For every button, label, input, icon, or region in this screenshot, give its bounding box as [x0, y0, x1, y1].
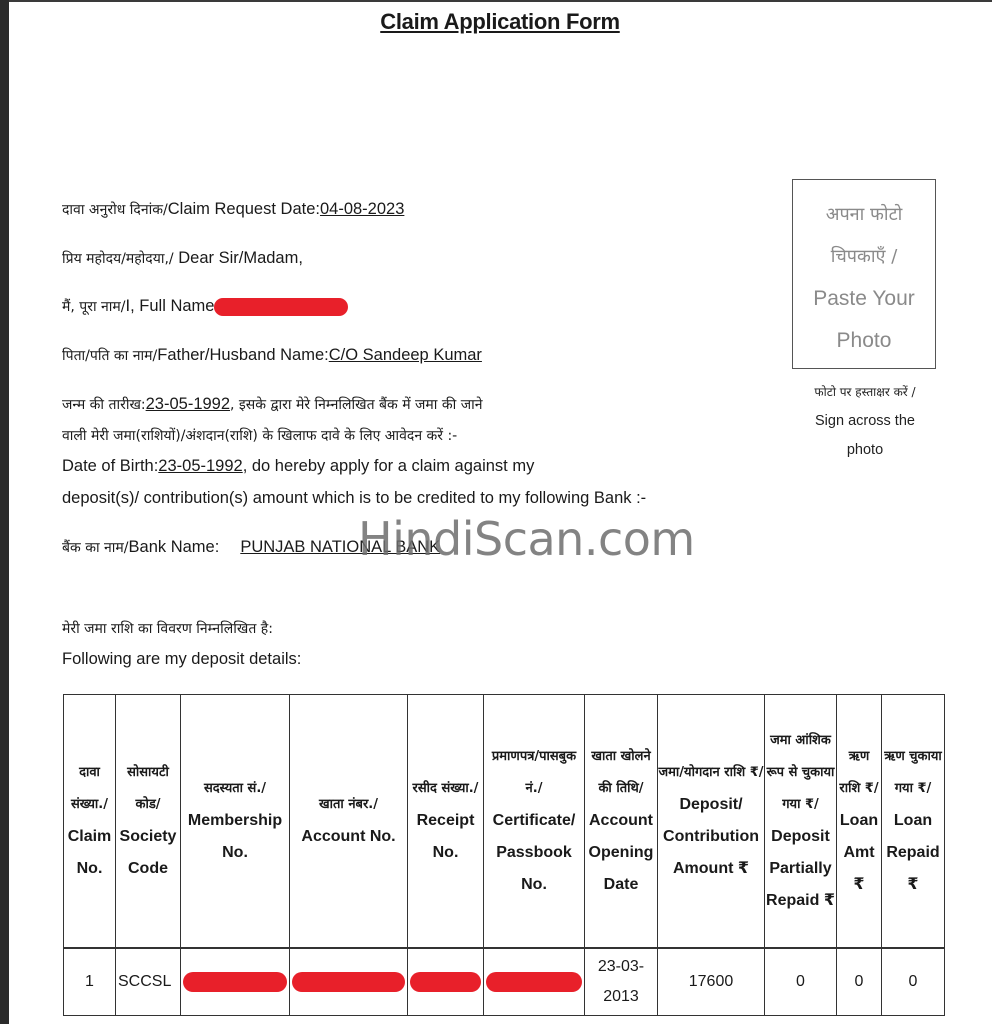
cell-society-code: SCCSL	[116, 948, 181, 1016]
photo-caption-en-2: photo	[780, 436, 950, 465]
column-header-en: Loan Repaid ₹	[882, 805, 944, 901]
column-header-hi: खाता खोलने की तिथि/	[585, 741, 657, 805]
full-name-line: मैं, पूरा नाम/I, Full Name	[62, 297, 348, 316]
photo-box-hi-1: अपना फोटो	[793, 194, 935, 236]
column-header-6: खाता खोलने की तिथि/Account Opening Date	[585, 695, 658, 949]
viewer-left-border	[0, 0, 9, 1024]
column-header-hi: सोसायटी कोड/	[116, 757, 180, 821]
receipt-redaction	[410, 972, 481, 992]
certificate-redaction	[486, 972, 582, 992]
viewer-top-border	[0, 0, 992, 2]
claim-date-value: 04-08-2023	[320, 200, 404, 218]
cell-membership-no	[181, 948, 290, 1016]
table-row: 1 SCCSL 23-03-2013 17600 0 0 0	[64, 948, 945, 1016]
salutation-en: Dear Sir/Madam,	[174, 249, 303, 267]
bank-label-en: Bank Name:	[129, 538, 220, 556]
photo-box-hi-2: चिपकाएँ /	[793, 236, 935, 278]
dob-label-en: Date of Birth:	[62, 457, 158, 475]
opening-date-text: 23-03-2013	[598, 958, 644, 1005]
column-header-en: Claim No.	[64, 821, 115, 885]
dob-statement-hi-2: वाली मेरी जमा(राशियों)/अंशदान(राशि) के ख…	[62, 428, 457, 444]
deposit-intro-en: Following are my deposit details:	[62, 650, 301, 669]
dob-line-en-2: deposit(s)/ contribution(s) amount which…	[62, 489, 646, 508]
column-header-8: जमा आंशिक रूप से चुकाया गया ₹/Deposit Pa…	[765, 695, 837, 949]
photo-box-en-1: Paste Your	[793, 278, 935, 320]
column-header-hi: ऋण राशि ₹/	[837, 741, 881, 805]
claim-date-label-hi: दावा अनुरोध दिनांक/	[62, 202, 168, 218]
dob-label-hi: जन्म की तारीख:	[62, 397, 146, 413]
column-header-hi: खाता नंबर./	[290, 789, 407, 821]
cell-certificate-no	[484, 948, 585, 1016]
column-header-hi: ऋण चुकाया गया ₹/	[882, 741, 944, 805]
father-name-label-hi: पिता/पति का नाम/	[62, 348, 157, 364]
watermark: HindiScan.com	[358, 512, 695, 566]
column-header-en: Account Opening Date	[585, 805, 657, 901]
column-header-3: खाता नंबर./Account No.	[290, 695, 408, 949]
claim-request-date-line: दावा अनुरोध दिनांक/Claim Request Date:04…	[62, 200, 404, 219]
deposit-intro-en-text: Following are my deposit details:	[62, 650, 301, 668]
table-header-row: दावा संख्या./Claim No.सोसायटी कोड/Societ…	[64, 695, 945, 949]
column-header-en: Receipt No.	[408, 805, 483, 869]
dob-line-en-1: Date of Birth:23-05-1992, do hereby appl…	[62, 457, 534, 476]
cell-deposit-amount: 17600	[658, 948, 765, 1016]
cell-opening-date: 23-03-2013	[585, 948, 658, 1016]
cell-loan-repaid: 0	[882, 948, 945, 1016]
cell-receipt-no	[408, 948, 484, 1016]
column-header-en: Account No.	[290, 821, 407, 853]
column-header-0: दावा संख्या./Claim No.	[64, 695, 116, 949]
full-name-label-hi: मैं, पूरा नाम/	[62, 299, 126, 315]
column-header-5: प्रमाणपत्र/पासबुक नं./Certificate/ Passb…	[484, 695, 585, 949]
father-name-value: C/O Sandeep Kumar	[329, 346, 482, 364]
column-header-4: रसीद संख्या./Receipt No.	[408, 695, 484, 949]
full-name-redaction	[214, 298, 348, 316]
cell-claim-no: 1	[64, 948, 116, 1016]
column-header-10: ऋण चुकाया गया ₹/Loan Repaid ₹	[882, 695, 945, 949]
cell-partially-repaid: 0	[765, 948, 837, 1016]
form-title: Claim Application Form	[0, 9, 992, 35]
photo-box-en-2: Photo	[793, 320, 935, 362]
column-header-hi: सदस्यता सं./	[181, 773, 289, 805]
full-name-label-en: I, Full Name	[126, 297, 215, 315]
deposit-details-table: दावा संख्या./Claim No.सोसायटी कोड/Societ…	[63, 694, 945, 1016]
column-header-hi: दावा संख्या./	[64, 757, 115, 821]
photo-caption-hi: फोटो पर हस्ताक्षर करें /	[780, 378, 950, 407]
column-header-en: Certificate/ Passbook No.	[484, 805, 584, 901]
column-header-hi: प्रमाणपत्र/पासबुक नं./	[484, 741, 584, 805]
column-header-en: Deposit/ Contribution Amount ₹	[658, 789, 764, 885]
dob-statement-en-1: , do hereby apply for a claim against my	[243, 457, 535, 475]
dob-value-en: 23-05-1992	[158, 457, 242, 475]
column-header-9: ऋण राशि ₹/Loan Amt ₹	[837, 695, 882, 949]
dob-statement-hi-1: , इसके द्वारा मेरे निम्नलिखित बैंक में ज…	[230, 397, 482, 413]
column-header-1: सोसायटी कोड/Society Code	[116, 695, 181, 949]
account-redaction	[292, 972, 405, 992]
column-header-hi: जमा आंशिक रूप से चुकाया गया ₹/	[765, 725, 836, 821]
membership-redaction	[183, 972, 287, 992]
column-header-7: जमा/योगदान राशि ₹/Deposit/ Contribution …	[658, 695, 765, 949]
column-header-en: Society Code	[116, 821, 180, 885]
column-header-2: सदस्यता सं./Membership No.	[181, 695, 290, 949]
bank-label-hi: बैंक का नाम/	[62, 540, 129, 556]
column-header-en: Deposit Partially Repaid ₹	[765, 821, 836, 917]
column-header-en: Loan Amt ₹	[837, 805, 881, 901]
photo-caption-en-1: Sign across the	[780, 407, 950, 436]
deposit-intro-hi: मेरी जमा राशि का विवरण निम्नलिखित है:	[62, 619, 273, 638]
dob-value-hi: 23-05-1992	[146, 395, 230, 413]
deposit-intro-hi-text: मेरी जमा राशि का विवरण निम्नलिखित है:	[62, 621, 273, 637]
cell-account-no	[290, 948, 408, 1016]
column-header-hi: रसीद संख्या./	[408, 773, 483, 805]
photo-placeholder-box: अपना फोटो चिपकाएँ / Paste Your Photo	[792, 179, 936, 369]
column-header-en: Membership No.	[181, 805, 289, 869]
dob-line-hi-2: वाली मेरी जमा(राशियों)/अंशदान(राशि) के ख…	[62, 426, 457, 445]
dob-line-hi-1: जन्म की तारीख:23-05-1992, इसके द्वारा मे…	[62, 395, 482, 414]
cell-loan-amt: 0	[837, 948, 882, 1016]
father-name-label-en: Father/Husband Name:	[157, 346, 329, 364]
photo-caption: फोटो पर हस्ताक्षर करें / Sign across the…	[780, 378, 950, 465]
dob-statement-en-2: deposit(s)/ contribution(s) amount which…	[62, 489, 646, 507]
salutation-hi: प्रिय महोदय/महोदया,/	[62, 251, 174, 267]
salutation-line: प्रिय महोदय/महोदया,/ Dear Sir/Madam,	[62, 249, 303, 268]
father-name-line: पिता/पति का नाम/Father/Husband Name:C/O …	[62, 346, 482, 365]
claim-date-label-en: Claim Request Date:	[168, 200, 320, 218]
column-header-hi: जमा/योगदान राशि ₹/	[658, 757, 764, 789]
